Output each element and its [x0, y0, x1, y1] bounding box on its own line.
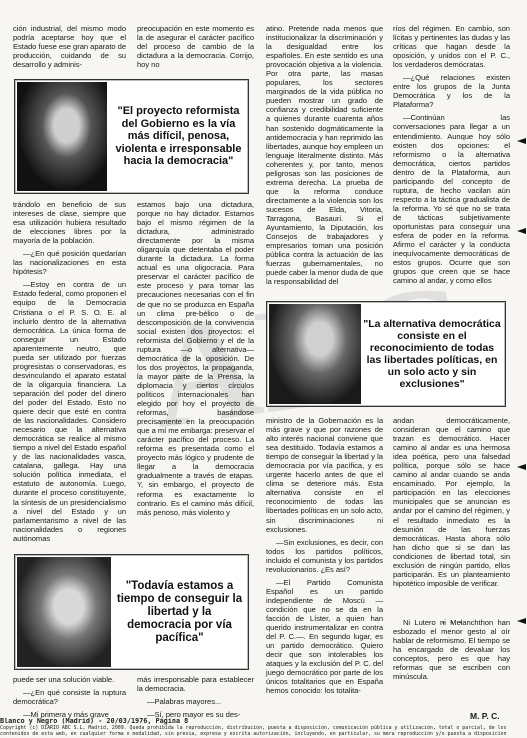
portrait-photo-2	[269, 304, 361, 404]
column-4-bottom: andan democráticamente, consideran que e…	[393, 416, 510, 681]
paragraph: —El Partido Comunista Español es un part…	[266, 578, 383, 696]
question: —Sin exclusiones, es decir, con todos lo…	[266, 538, 383, 574]
question: —¿Qué relaciones existen entre los grupo…	[393, 73, 510, 109]
portrait-photo-1	[17, 82, 107, 191]
section-separator: * * *	[442, 621, 464, 628]
paragraph: —Estoy en contra de un Estado federal, c…	[13, 280, 126, 542]
margin-arrow-icon	[517, 618, 526, 624]
pullquote-box-2: "La alternativa democrática consiste en …	[266, 301, 506, 407]
paragraph: ríos del régimen. En cambio, son lícitas…	[393, 24, 510, 69]
question: —¿En qué consiste la ruptura democrática…	[13, 688, 126, 706]
paragraph: andan democráticamente, consideran que e…	[393, 416, 510, 588]
column-2-top: preocupación en este momento es la de as…	[137, 24, 254, 69]
paragraph: —Palabras mayores...	[137, 697, 254, 706]
column-3-bottom: ministro de la Gobernación es la más gra…	[266, 416, 383, 695]
margin-arrow-icon	[517, 464, 526, 470]
paragraph: más irresponsable para establecer la dem…	[137, 675, 254, 693]
paragraph: puede ser una solución viable.	[13, 675, 126, 684]
column-1-bottom: puede ser una solución viable. —¿En qué …	[13, 675, 126, 719]
paragraph: ministro de la Gobernación es la más gra…	[266, 416, 383, 534]
pullquote-text-3: "Todavía estamos a tiempo de conseguir l…	[115, 555, 244, 669]
paragraph: atino. Pretende nada menos que instituci…	[266, 24, 383, 286]
pullquote-text-2: "La alternativa democrática consiste en …	[363, 302, 501, 406]
pullquote-text-1: "El proyecto reformista del Gobierno es …	[113, 80, 244, 193]
publication-footer: Blanco y Negro (Madrid) - 20/03/1976, Pá…	[0, 718, 527, 725]
column-3-top: atino. Pretende nada menos que instituci…	[266, 24, 383, 286]
column-1-middle: trándolo en beneficio de sus intereses d…	[13, 200, 126, 543]
column-1-top: ción industrial, del mismo modo podría a…	[13, 24, 126, 69]
margin-arrow-icon	[517, 228, 526, 234]
paragraph: —Continúan las conversaciones para llega…	[393, 113, 510, 285]
copyright-line-2: contenidos de esta web, en cualquier for…	[0, 731, 527, 737]
pullquote-box-3: "Todavía estamos a tiempo de conseguir l…	[14, 554, 249, 670]
column-2-bottom: más irresponsable para establecer la dem…	[137, 675, 254, 719]
portrait-photo-3	[17, 557, 111, 667]
question: —¿En qué posición quedarían las nacional…	[13, 249, 126, 276]
column-4-top: ríos del régimen. En cambio, son lícitas…	[393, 24, 510, 285]
paragraph: ción industrial, del mismo modo podría a…	[13, 24, 126, 69]
pullquote-box-1: "El proyecto reformista del Gobierno es …	[14, 79, 249, 194]
paragraph: estamos bajo una dictadura, porque no ha…	[137, 200, 254, 517]
paragraph: preocupación en este momento es la de as…	[137, 24, 254, 69]
column-2-middle: estamos bajo una dictadura, porque no ha…	[137, 200, 254, 517]
margin-arrow-icon	[517, 138, 526, 144]
paragraph: trándolo en beneficio de sus intereses d…	[13, 200, 126, 245]
